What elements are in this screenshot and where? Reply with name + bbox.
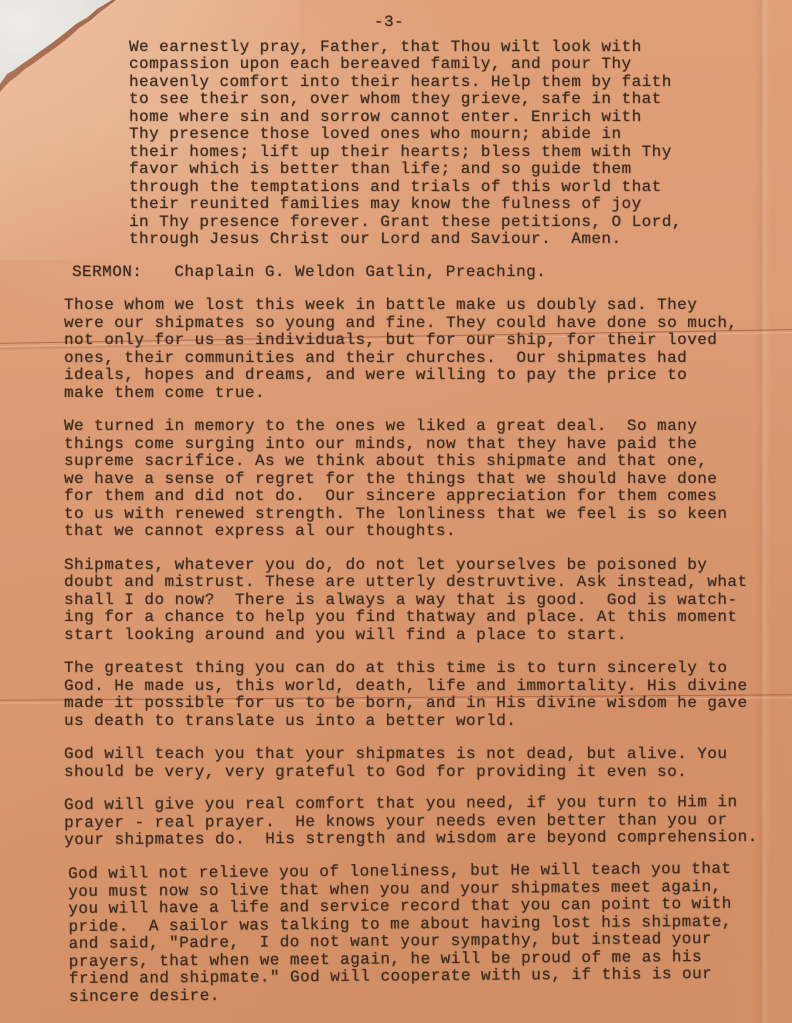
sermon-label: SERMON: — [72, 263, 142, 281]
body-paragraph: Those whom we lost this week in battle m… — [64, 297, 792, 402]
body-paragraph: The greatest thing you can do at this ti… — [64, 660, 792, 730]
sermon-speaker: Chaplain G. Weldon Gatlin, Preaching. — [174, 263, 546, 281]
body-paragraph: God will give you real comfort that you … — [64, 794, 792, 850]
page-number: -3- — [0, 14, 785, 32]
sermon-heading: SERMON:Chaplain G. Weldon Gatlin, Preach… — [72, 264, 792, 282]
prayer-paragraph: We earnestly pray, Father, that Thou wil… — [129, 39, 792, 249]
body-paragraph: God will not relieve you of loneliness, … — [68, 860, 792, 1006]
body-paragraph: We turned in memory to the ones we liked… — [64, 418, 792, 541]
typewritten-text-layer: -3- We earnestly pray, Father, that Thou… — [0, 0, 792, 1023]
scanned-document: -3- We earnestly pray, Father, that Thou… — [0, 0, 792, 1023]
body-paragraph: God will teach you that your shipmates i… — [64, 746, 792, 781]
body-paragraph: Shipmates, whatever you do, do not let y… — [64, 557, 792, 645]
